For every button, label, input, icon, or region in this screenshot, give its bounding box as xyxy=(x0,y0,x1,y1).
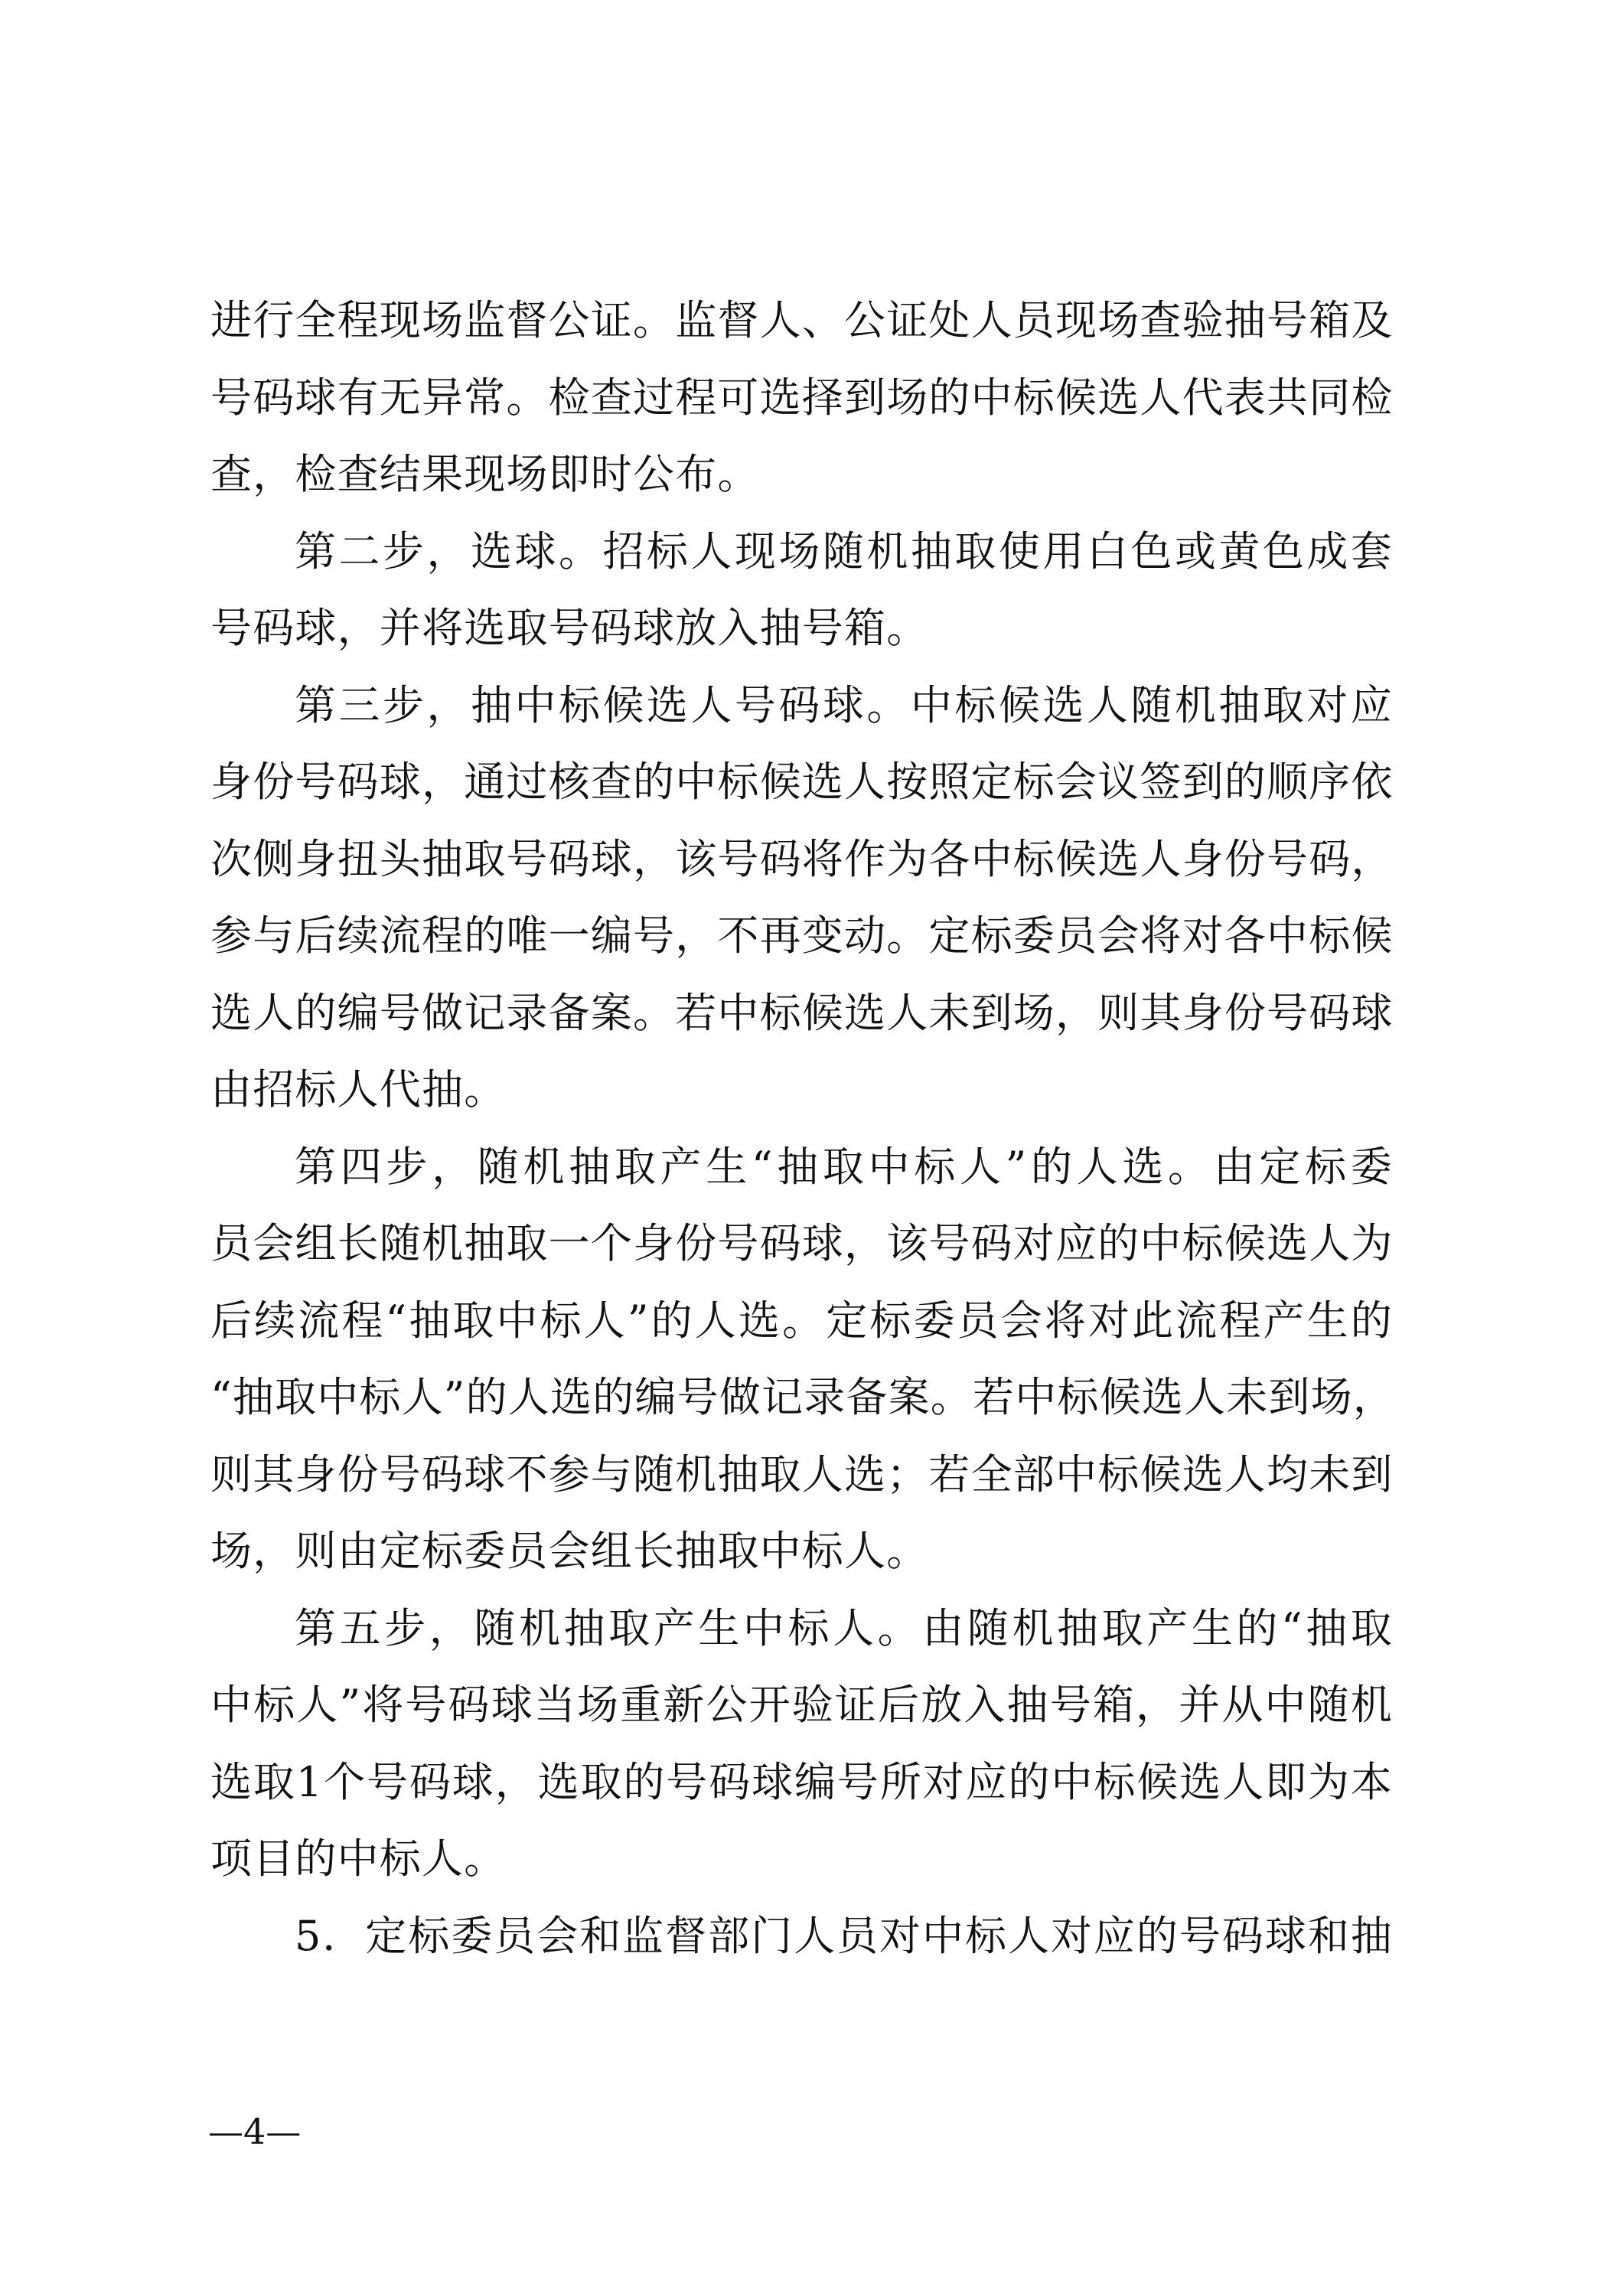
text-line: 第二步，选球。招标人现场随机抽取使用白色或黄色成套 xyxy=(210,520,1393,598)
text-line: 号码球，并将选取号码球放入抽号箱。 xyxy=(210,597,1393,674)
text-line: 则其身份号码球不参与随机抽取人选；若全部中标候选人均未到 xyxy=(210,1443,1393,1521)
text-line: 次侧身扭头抽取号码球，该号码将作为各中标候选人身份号码， xyxy=(210,828,1393,905)
text-line: 场，则由定标委员会组长抽取中标人。 xyxy=(210,1520,1393,1597)
text-line: 身份号码球，通过核查的中标候选人按照定标会议签到的顺序依 xyxy=(210,751,1393,828)
body-text: 进行全程现场监督公证。监督人、公证处人员现场查验抽号箱及 号码球有无异常。检查过… xyxy=(210,289,1393,1981)
document-page: 进行全程现场监督公证。监督人、公证处人员现场查验抽号箱及 号码球有无异常。检查过… xyxy=(0,0,1601,2296)
text-line: 中标人”将号码球当场重新公开验证后放入抽号箱，并从中随机 xyxy=(210,1674,1393,1751)
text-line: 员会组长随机抽取一个身份号码球，该号码对应的中标候选人为 xyxy=(210,1212,1393,1290)
text-line: 5．定标委员会和监督部门人员对中标人对应的号码球和抽 xyxy=(210,1905,1393,1982)
text-line: 第三步，抽中标候选人号码球。中标候选人随机抽取对应 xyxy=(210,674,1393,752)
page-number: —4— xyxy=(208,2108,301,2154)
text-line: 选取1个号码球，选取的号码球编号所对应的中标候选人即为本 xyxy=(210,1751,1393,1828)
text-line: 项目的中标人。 xyxy=(210,1828,1393,1905)
text-line: 选人的编号做记录备案。若中标候选人未到场，则其身份号码球 xyxy=(210,982,1393,1059)
text-line: 进行全程现场监督公证。监督人、公证处人员现场查验抽号箱及 xyxy=(210,289,1393,367)
text-line: 由招标人代抽。 xyxy=(210,1058,1393,1136)
text-line: 号码球有无异常。检查过程可选择到场的中标候选人代表共同检 xyxy=(210,367,1393,444)
text-line: 参与后续流程的唯一编号，不再变动。定标委员会将对各中标候 xyxy=(210,905,1393,982)
text-line: 查，检查结果现场即时公布。 xyxy=(210,443,1393,520)
text-line: 第四步，随机抽取产生“抽取中标人”的人选。由定标委 xyxy=(210,1136,1393,1213)
text-line: 第五步，随机抽取产生中标人。由随机抽取产生的“抽取 xyxy=(210,1597,1393,1675)
text-line: 后续流程“抽取中标人”的人选。定标委员会将对此流程产生的 xyxy=(210,1290,1393,1367)
text-line: “抽取中标人”的人选的编号做记录备案。若中标候选人未到场， xyxy=(210,1366,1393,1443)
